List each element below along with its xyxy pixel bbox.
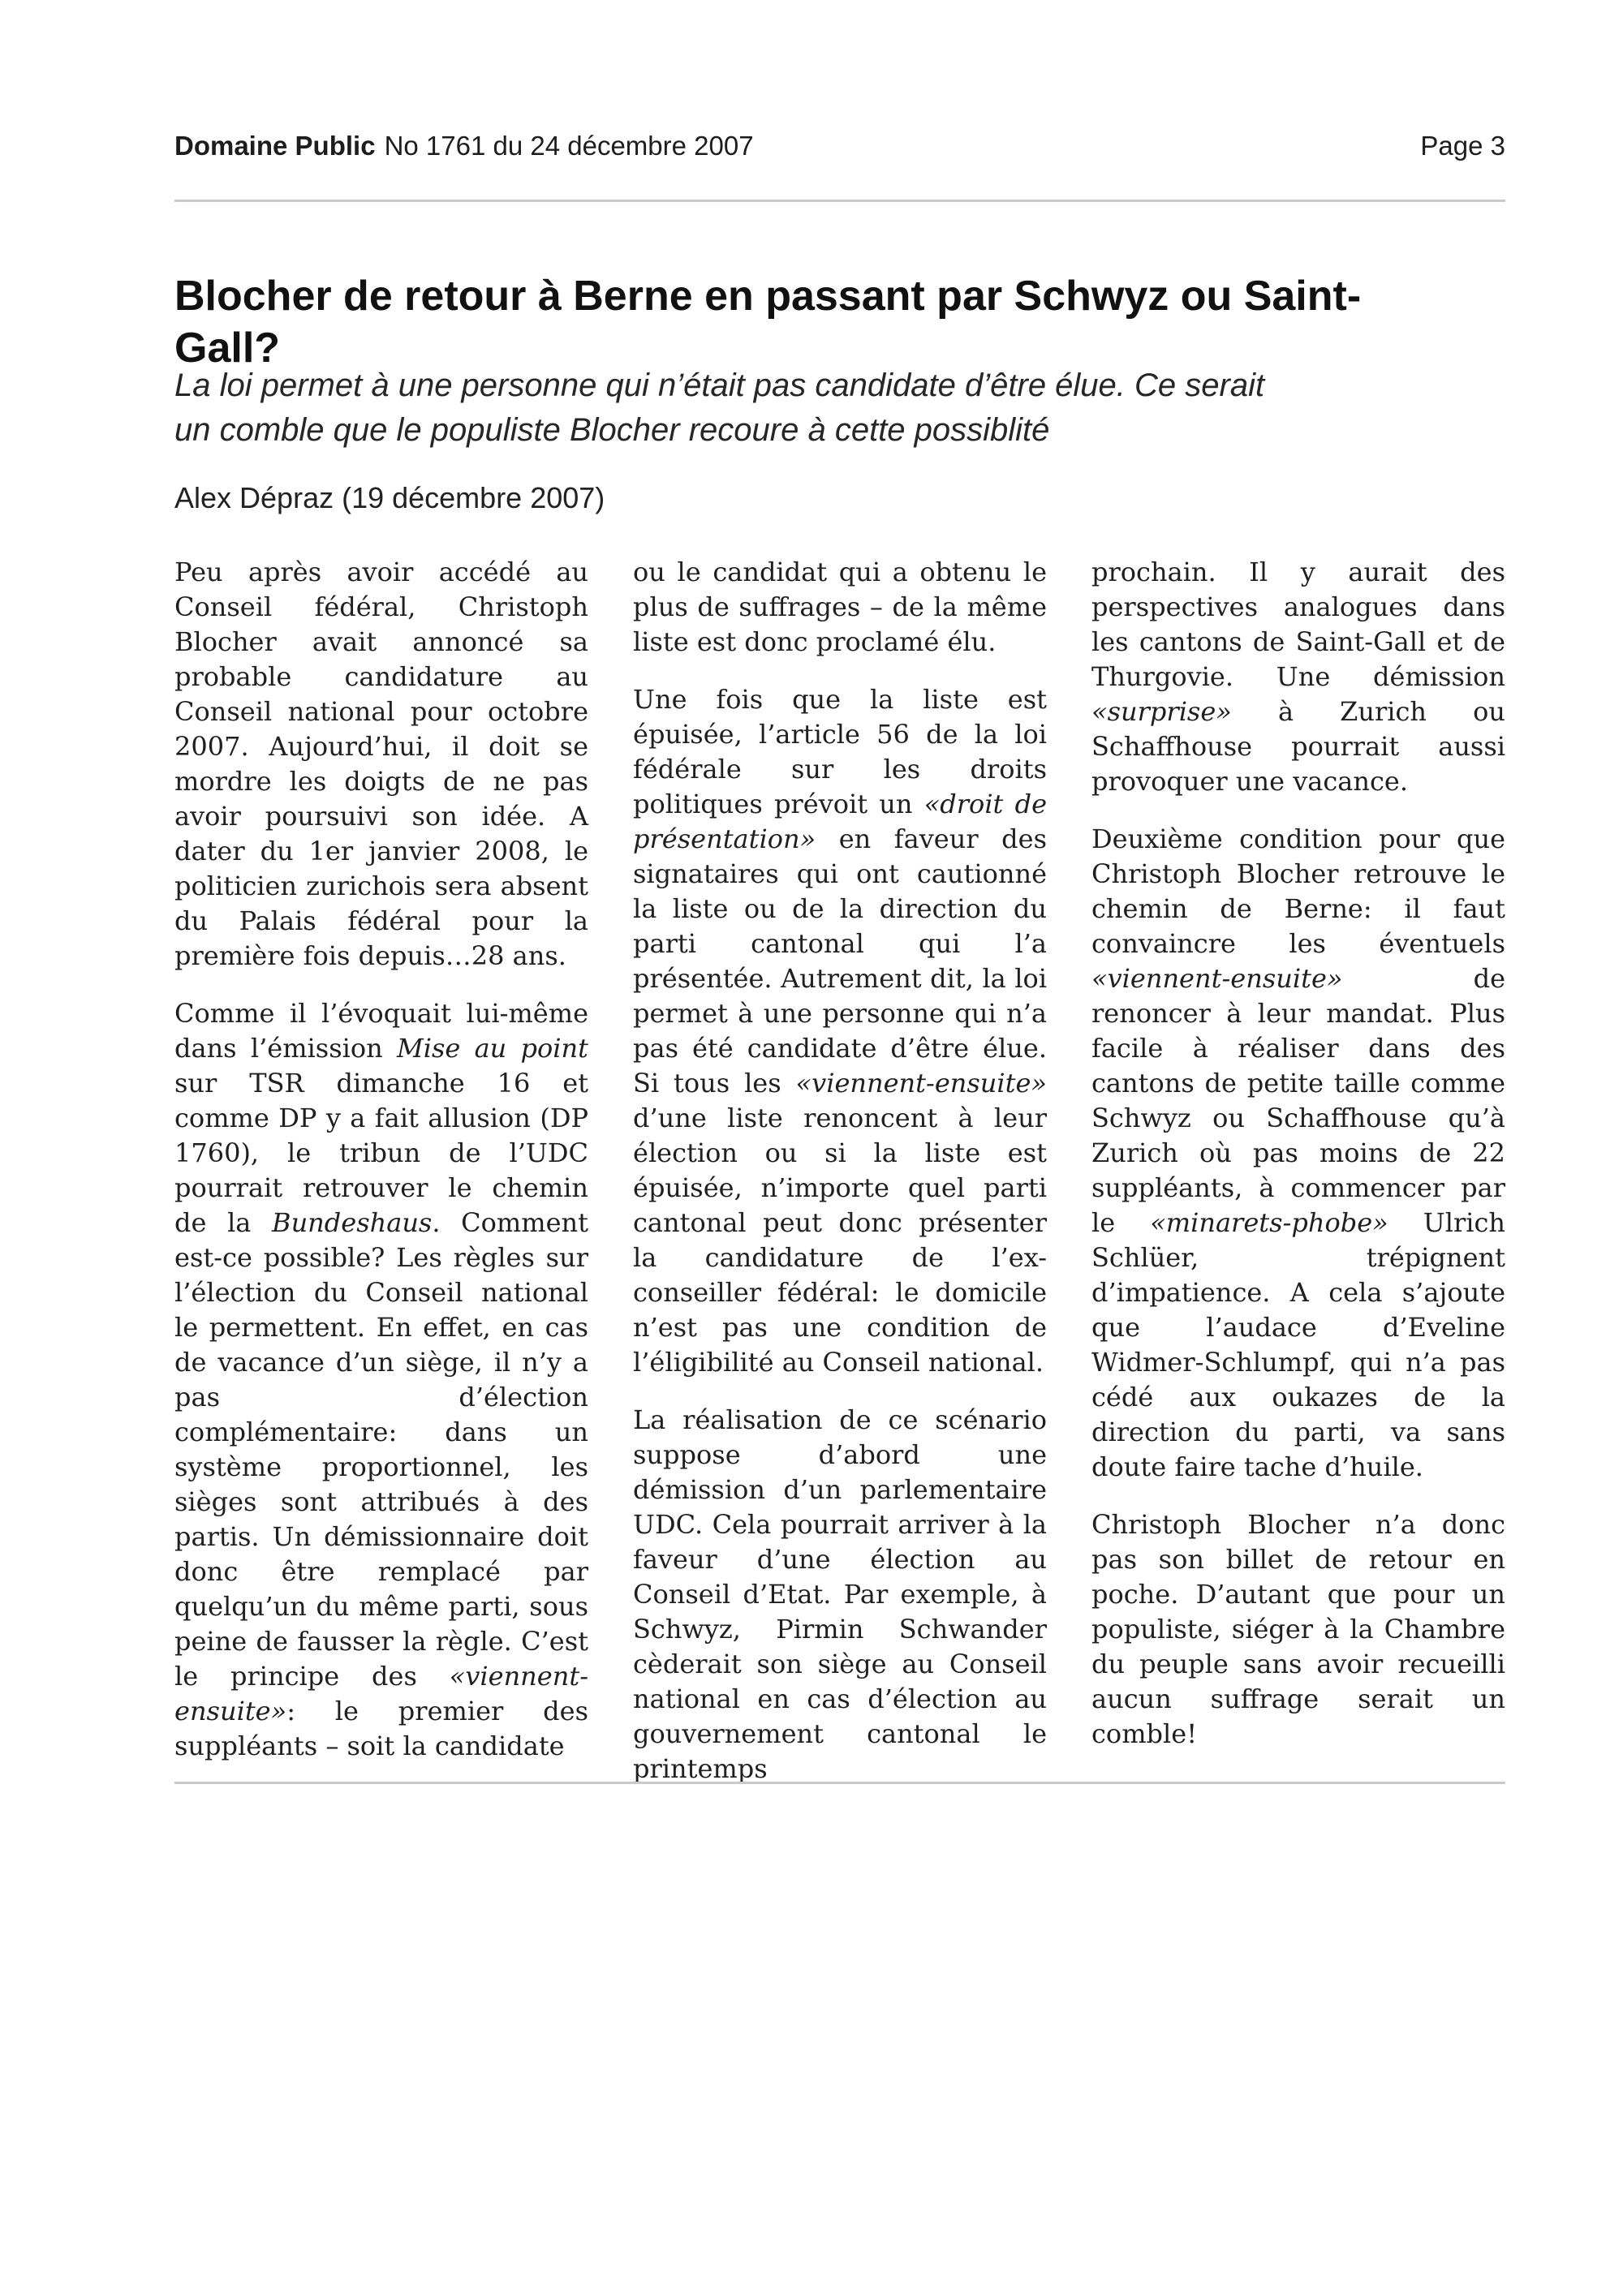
footer-divider <box>174 1782 1505 1784</box>
issue-info: No 1761 du 24 décembre 2007 <box>385 131 754 161</box>
body-paragraph: Peu après avoir accédé au Conseil fédéra… <box>174 555 588 974</box>
text-run: ou le candidat qui a obtenu le plus de s… <box>633 557 1047 657</box>
newsletter-brand: Domaine Public <box>174 131 376 161</box>
italic-run: «viennent-ensuite» <box>796 1068 1047 1099</box>
italic-run: Mise au point <box>397 1033 588 1064</box>
text-run: Peu après avoir accédé au Conseil fédéra… <box>174 557 588 971</box>
body-paragraph: Comme il l’évoquait lui-même dans l’émis… <box>174 996 588 1764</box>
body-paragraph: Une fois que la liste est épuisée, l’art… <box>633 682 1047 1380</box>
text-run: prochain. Il y aurait des perspectives a… <box>1091 557 1505 692</box>
italic-run: «minarets-phobe» <box>1150 1207 1388 1238</box>
text-run: de renoncer à leur mandat. Plus facile à… <box>1091 963 1505 1238</box>
italic-run: «surprise» <box>1091 696 1232 727</box>
italic-run: «viennent-ensuite» <box>1091 963 1342 994</box>
italic-run: Bundeshaus <box>272 1207 432 1238</box>
page-number: Page 3 <box>1420 130 1505 162</box>
text-run: Ulrich Schlüer, trépignent d’impatience.… <box>1091 1207 1505 1482</box>
document-page: Domaine PublicNo 1761 du 24 décembre 200… <box>0 0 1623 2296</box>
page-header: Domaine PublicNo 1761 du 24 décembre 200… <box>174 130 1505 162</box>
text-run: . Comment est-ce possible? Les règles su… <box>174 1207 588 1692</box>
article-column-1: Peu après avoir accédé au Conseil fédéra… <box>174 555 588 1764</box>
article-column-2: ou le candidat qui a obtenu le plus de s… <box>633 555 1047 1786</box>
text-run: Christoph Blocher n’a donc pas son bille… <box>1091 1509 1505 1749</box>
article-column-3: prochain. Il y aurait des perspectives a… <box>1091 555 1505 1752</box>
body-paragraph: Christoph Blocher n’a donc pas son bille… <box>1091 1507 1505 1752</box>
body-paragraph: prochain. Il y aurait des perspectives a… <box>1091 555 1505 799</box>
article-subtitle: La loi permet à une personne qui n’était… <box>174 363 1278 453</box>
article-columns: Peu après avoir accédé au Conseil fédéra… <box>174 555 1505 1786</box>
text-run: d’une liste renoncent à leur élection ou… <box>633 1103 1047 1378</box>
text-run: Deuxième condition pour que Christoph Bl… <box>1091 823 1505 959</box>
body-paragraph: Deuxième condition pour que Christoph Bl… <box>1091 822 1505 1485</box>
article-byline: Alex Dépraz (19 décembre 2007) <box>174 480 605 516</box>
article-title: Blocher de retour à Berne en passant par… <box>174 270 1392 374</box>
body-paragraph: ou le candidat qui a obtenu le plus de s… <box>633 555 1047 660</box>
header-divider <box>174 200 1505 202</box>
text-run: La réalisation de ce scénario suppose d’… <box>633 1404 1047 1784</box>
header-left: Domaine PublicNo 1761 du 24 décembre 200… <box>174 130 754 162</box>
text-run: en faveur des signataires qui ont cautio… <box>633 823 1047 1099</box>
body-paragraph: La réalisation de ce scénario suppose d’… <box>633 1403 1047 1786</box>
